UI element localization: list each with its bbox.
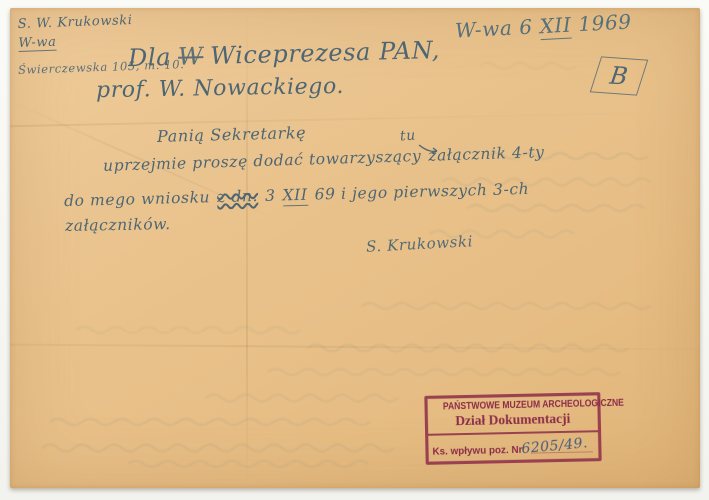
recipient-post: Wiceprezesa PAN,	[210, 36, 440, 70]
body-line-3: załączników.	[65, 215, 171, 235]
stamp-divider	[428, 430, 598, 436]
body-l2-month: XII	[282, 186, 308, 207]
recipient-line-2: prof. W. Nowackiego.	[96, 74, 344, 103]
inserted-word-tu: tu	[399, 127, 416, 144]
salutation: Panią Sekretarkę	[157, 123, 307, 146]
recipient-pre: Dla	[128, 43, 172, 72]
museum-stamp: PAŃSTWOWE MUZEUM ARCHEOLOGICZNE Dział Do…	[424, 392, 601, 465]
body-l1-post: załącznik 4-ty	[428, 143, 545, 165]
stamp-accession-label: Ks. wpływu poz. Nr	[432, 444, 522, 458]
recipient-struck-text: W	[178, 42, 204, 71]
letter-paper: S. W. Krukowski W-wa Świerczewska 105, m…	[10, 8, 700, 488]
dateline-year: 1969	[578, 9, 632, 36]
body-l2-pre: do mego wniosku	[64, 188, 211, 210]
stamp-accession-row: Ks. wpływu poz. Nr 6205/49.	[432, 436, 594, 457]
sender-name: S. W. Krukowski	[17, 11, 132, 34]
body-l2-struck: z dn.	[217, 187, 258, 206]
monogram-letter: B	[608, 61, 629, 91]
dateline-month: XII	[539, 13, 572, 41]
stamp-accession-number: 6205/49.	[521, 435, 589, 457]
sender-block: S. W. Krukowski W-wa	[17, 11, 133, 53]
sender-city: W-wa	[18, 35, 57, 52]
dateline-place: W-wa 6	[454, 15, 533, 43]
scanned-document: S. W. Krukowski W-wa Świerczewska 105, m…	[0, 0, 709, 500]
body-l2-num: 3	[265, 187, 276, 205]
stamp-department: Dział Dokumentacji	[432, 410, 594, 429]
